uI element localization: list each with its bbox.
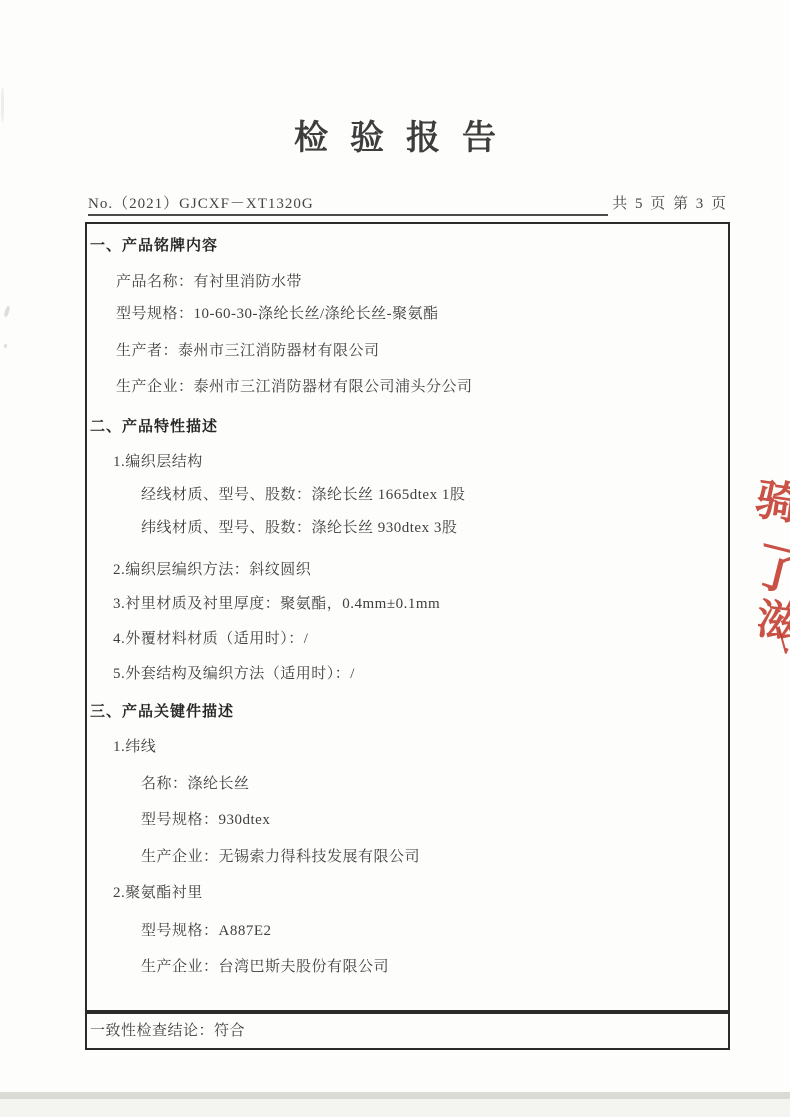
manufacturer-row: 生产企业：泰州市三江消防器材有限公司浦头分公司 — [116, 377, 473, 397]
section-3-heading: 三、产品关键件描述 — [90, 702, 234, 722]
pu-lining-spec-row: 型号规格：A887E2 — [141, 921, 272, 941]
scan-smudge — [1, 88, 4, 122]
section-2-heading: 二、产品特性描述 — [90, 417, 218, 437]
conclusion-row: 一致性检查结论：符合 — [90, 1021, 245, 1041]
weft-yarn-row: 纬线材质、型号、股数：涤纶长丝 930dtex 3股 — [141, 518, 457, 538]
doc-number-underline — [88, 214, 608, 216]
weave-method-row: 2.编织层编织方法：斜纹圆织 — [113, 560, 311, 580]
weft-spec-row: 型号规格：930dtex — [141, 810, 270, 830]
weft-item-row: 1.纬线 — [113, 737, 156, 757]
weft-name-row: 名称：涤纶长丝 — [141, 774, 250, 794]
pu-lining-item-row: 2.聚氨酯衬里 — [113, 883, 203, 903]
section-1-heading: 一、产品铭牌内容 — [90, 236, 218, 256]
producer-row: 生产者：泰州市三江消防器材有限公司 — [116, 341, 380, 361]
red-seal-fragment: 骑 — [752, 463, 790, 533]
page-bottom-edge — [0, 1092, 790, 1099]
scan-smudge — [4, 344, 7, 348]
scanner-background — [0, 1099, 790, 1117]
weave-structure-row: 1.编织层结构 — [113, 452, 203, 472]
outer-jacket-row: 5.外套结构及编织方法（适用时）：/ — [113, 664, 355, 684]
outer-material-row: 4.外覆材料材质（适用时）：/ — [113, 629, 308, 649]
page-count: 共 5 页 第 3 页 — [585, 192, 728, 213]
weft-supplier-row: 生产企业：无锡索力得科技发展有限公司 — [141, 847, 420, 867]
lining-row: 3.衬里材质及衬里厚度：聚氨酯，0.4mm±0.1mm — [113, 594, 440, 614]
warp-yarn-row: 经线材质、型号、股数：涤纶长丝 1665dtex 1股 — [141, 485, 465, 505]
page-title: 检验报告 — [0, 110, 790, 159]
doc-number: No.（2021）GJCXF－XT1320G — [88, 192, 314, 213]
model-spec-row: 型号规格：10-60-30-涤纶长丝/涤纶长丝-聚氨酯 — [116, 304, 439, 324]
scanned-report-page: 检验报告 No.（2021）GJCXF－XT1320G 共 5 页 第 3 页 … — [0, 0, 790, 1117]
pu-lining-supplier-row: 生产企业：台湾巴斯夫股份有限公司 — [141, 957, 389, 977]
product-name-row: 产品名称：有衬里消防水带 — [116, 272, 302, 292]
scan-smudge — [3, 306, 10, 318]
